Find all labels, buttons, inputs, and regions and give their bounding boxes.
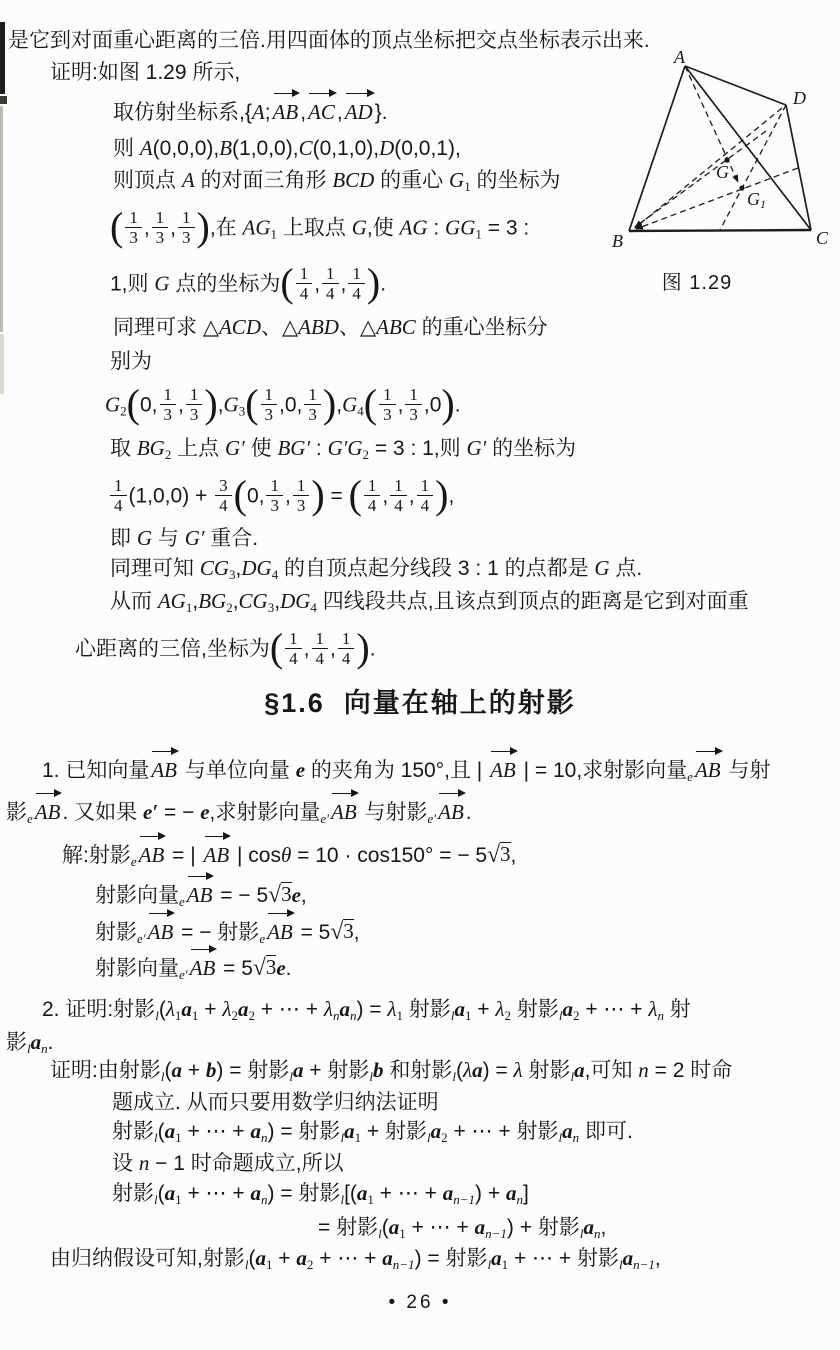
text-line: 是它到对面重心距离的三倍.用四面体的顶点坐标把交点坐标表示出来. bbox=[8, 26, 650, 56]
text-line: G2(0,13,13),G3(13,0,13),G4(13,13,0). bbox=[105, 386, 461, 427]
vector-arrow: AB bbox=[438, 797, 464, 827]
text-line: 即 G 与 G′ 重合. bbox=[110, 523, 258, 554]
text-line: 取 BG2 上点 G′ 使 BG′ : G′G2 = 3 : 1,则 G′ 的坐… bbox=[110, 433, 576, 470]
vector-arrow: AB bbox=[139, 840, 165, 870]
scan-artifact bbox=[0, 96, 7, 104]
text-line: 同理可求 △ACD、△ABD、△ABC 的重心坐标分 bbox=[113, 312, 548, 343]
text-line: 1. 已知向量AB 与单位向量 e 的夹角为 150°,且 | AB | = 1… bbox=[42, 755, 770, 792]
vector-arrow: AB bbox=[190, 953, 216, 983]
vertex-label-d: D bbox=[792, 88, 806, 108]
scan-artifact bbox=[0, 22, 5, 94]
text-line: 证明:由射影l(a + b) = 射影la + 射影lb 和射影l(λa) = … bbox=[50, 1055, 732, 1092]
text-line: 解:射影eAB = | AB | cosθ = 10 · cos150° = −… bbox=[62, 840, 516, 877]
text-line: 题成立. 从而只要用数学归纳法证明 bbox=[112, 1088, 439, 1118]
point-g1 bbox=[739, 185, 744, 190]
text-line: 2. 证明:射影l(λ1a1 + λ2a2 + ⋯ + λnan) = λ1 射… bbox=[42, 994, 691, 1031]
point-label-g: G bbox=[716, 162, 729, 182]
figure-caption: 图 1.29 bbox=[556, 266, 838, 295]
text-line: 影lan. bbox=[6, 1027, 53, 1064]
vertex-label-a: A bbox=[673, 48, 686, 67]
text-line: 设 n − 1 时命题成立,所以 bbox=[112, 1148, 344, 1179]
text-line: 射影向量eAB = − 5√3e, bbox=[95, 880, 307, 917]
vector-arrow: AB bbox=[273, 97, 299, 127]
text-line: 取仿射坐标系,{A;AB,AC,AD}. bbox=[113, 97, 388, 128]
textbook-page: A D B C G G1 图 1.29 是它到对面重心距离的三倍.用四面体的顶点… bbox=[0, 0, 840, 1350]
scan-artifact bbox=[0, 106, 3, 332]
text-line: 射影l(a1 + ⋯ + an) = 射影l[(a1 + ⋯ + an−1) +… bbox=[112, 1178, 529, 1215]
vector-arrow: AC bbox=[308, 97, 335, 127]
tetrahedron-diagram: A D B C G G1 bbox=[556, 48, 838, 260]
vector-arrow: AB bbox=[148, 917, 174, 947]
vector-arrow: AB bbox=[187, 880, 213, 910]
text-line: 证明:如图 1.29 所示, bbox=[50, 58, 240, 88]
text-line: 14(1,0,0) + 34(0,13,13) = (14,14,14), bbox=[108, 477, 454, 517]
vertex-label-b: B bbox=[612, 231, 623, 251]
point-label-g1: G1 bbox=[747, 189, 766, 211]
vector-arrow: AB bbox=[490, 755, 516, 785]
vector-arrow: AB bbox=[331, 797, 357, 827]
text-line: (13,13,13),在 AG1 上取点 G,使 AG : GG1 = 3 : bbox=[110, 209, 529, 250]
text-line: 射影e′AB = − 射影eAB = 5√3, bbox=[95, 917, 360, 954]
text-line: 同理可知 CG3,DG4 的自顶点起分线段 3 : 1 的点都是 G 点. bbox=[110, 553, 642, 590]
text-line: 由归纳假设可知,射影l(a1 + a2 + ⋯ + an−1) = 射影la1 … bbox=[50, 1243, 661, 1280]
text-line: 别为 bbox=[110, 347, 152, 377]
vector-arrow: AB bbox=[204, 840, 230, 870]
text-line: 则顶点 A 的对面三角形 BCD 的重心 G1 的坐标为 bbox=[113, 165, 561, 202]
vector-arrow: AB bbox=[267, 917, 293, 947]
text-line: 则 A(0,0,0),B(1,0,0),C(0,1,0),D(0,0,1), bbox=[113, 133, 461, 164]
figure-1-29: A D B C G G1 图 1.29 bbox=[556, 48, 838, 295]
text-line: 射影向量e′AB = 5√3e. bbox=[95, 953, 291, 990]
vector-arrow: AB bbox=[35, 797, 61, 827]
vector-arrow: AB bbox=[695, 755, 721, 785]
page-number: • 26 • bbox=[0, 1288, 840, 1318]
vertex-label-c: C bbox=[816, 228, 829, 248]
scan-artifact bbox=[0, 334, 4, 394]
text-line: 心距离的三倍,坐标为(14,14,14). bbox=[75, 630, 376, 670]
vector-arrow: AB bbox=[151, 755, 177, 785]
text-line: 1,则 G 点的坐标为(14,14,14). bbox=[110, 265, 386, 305]
text-line: 从而 AG1,BG2,CG3,DG4 四线段共点,且该点到顶点的距离是它到对面重 bbox=[110, 586, 749, 623]
vector-arrow: AD bbox=[345, 97, 373, 127]
section-heading: §1.6 向量在轴上的射影 bbox=[0, 688, 840, 718]
text-line: 影eAB. 又如果 e′ = − e,求射影向量e′AB 与射影e′AB. bbox=[6, 797, 472, 834]
